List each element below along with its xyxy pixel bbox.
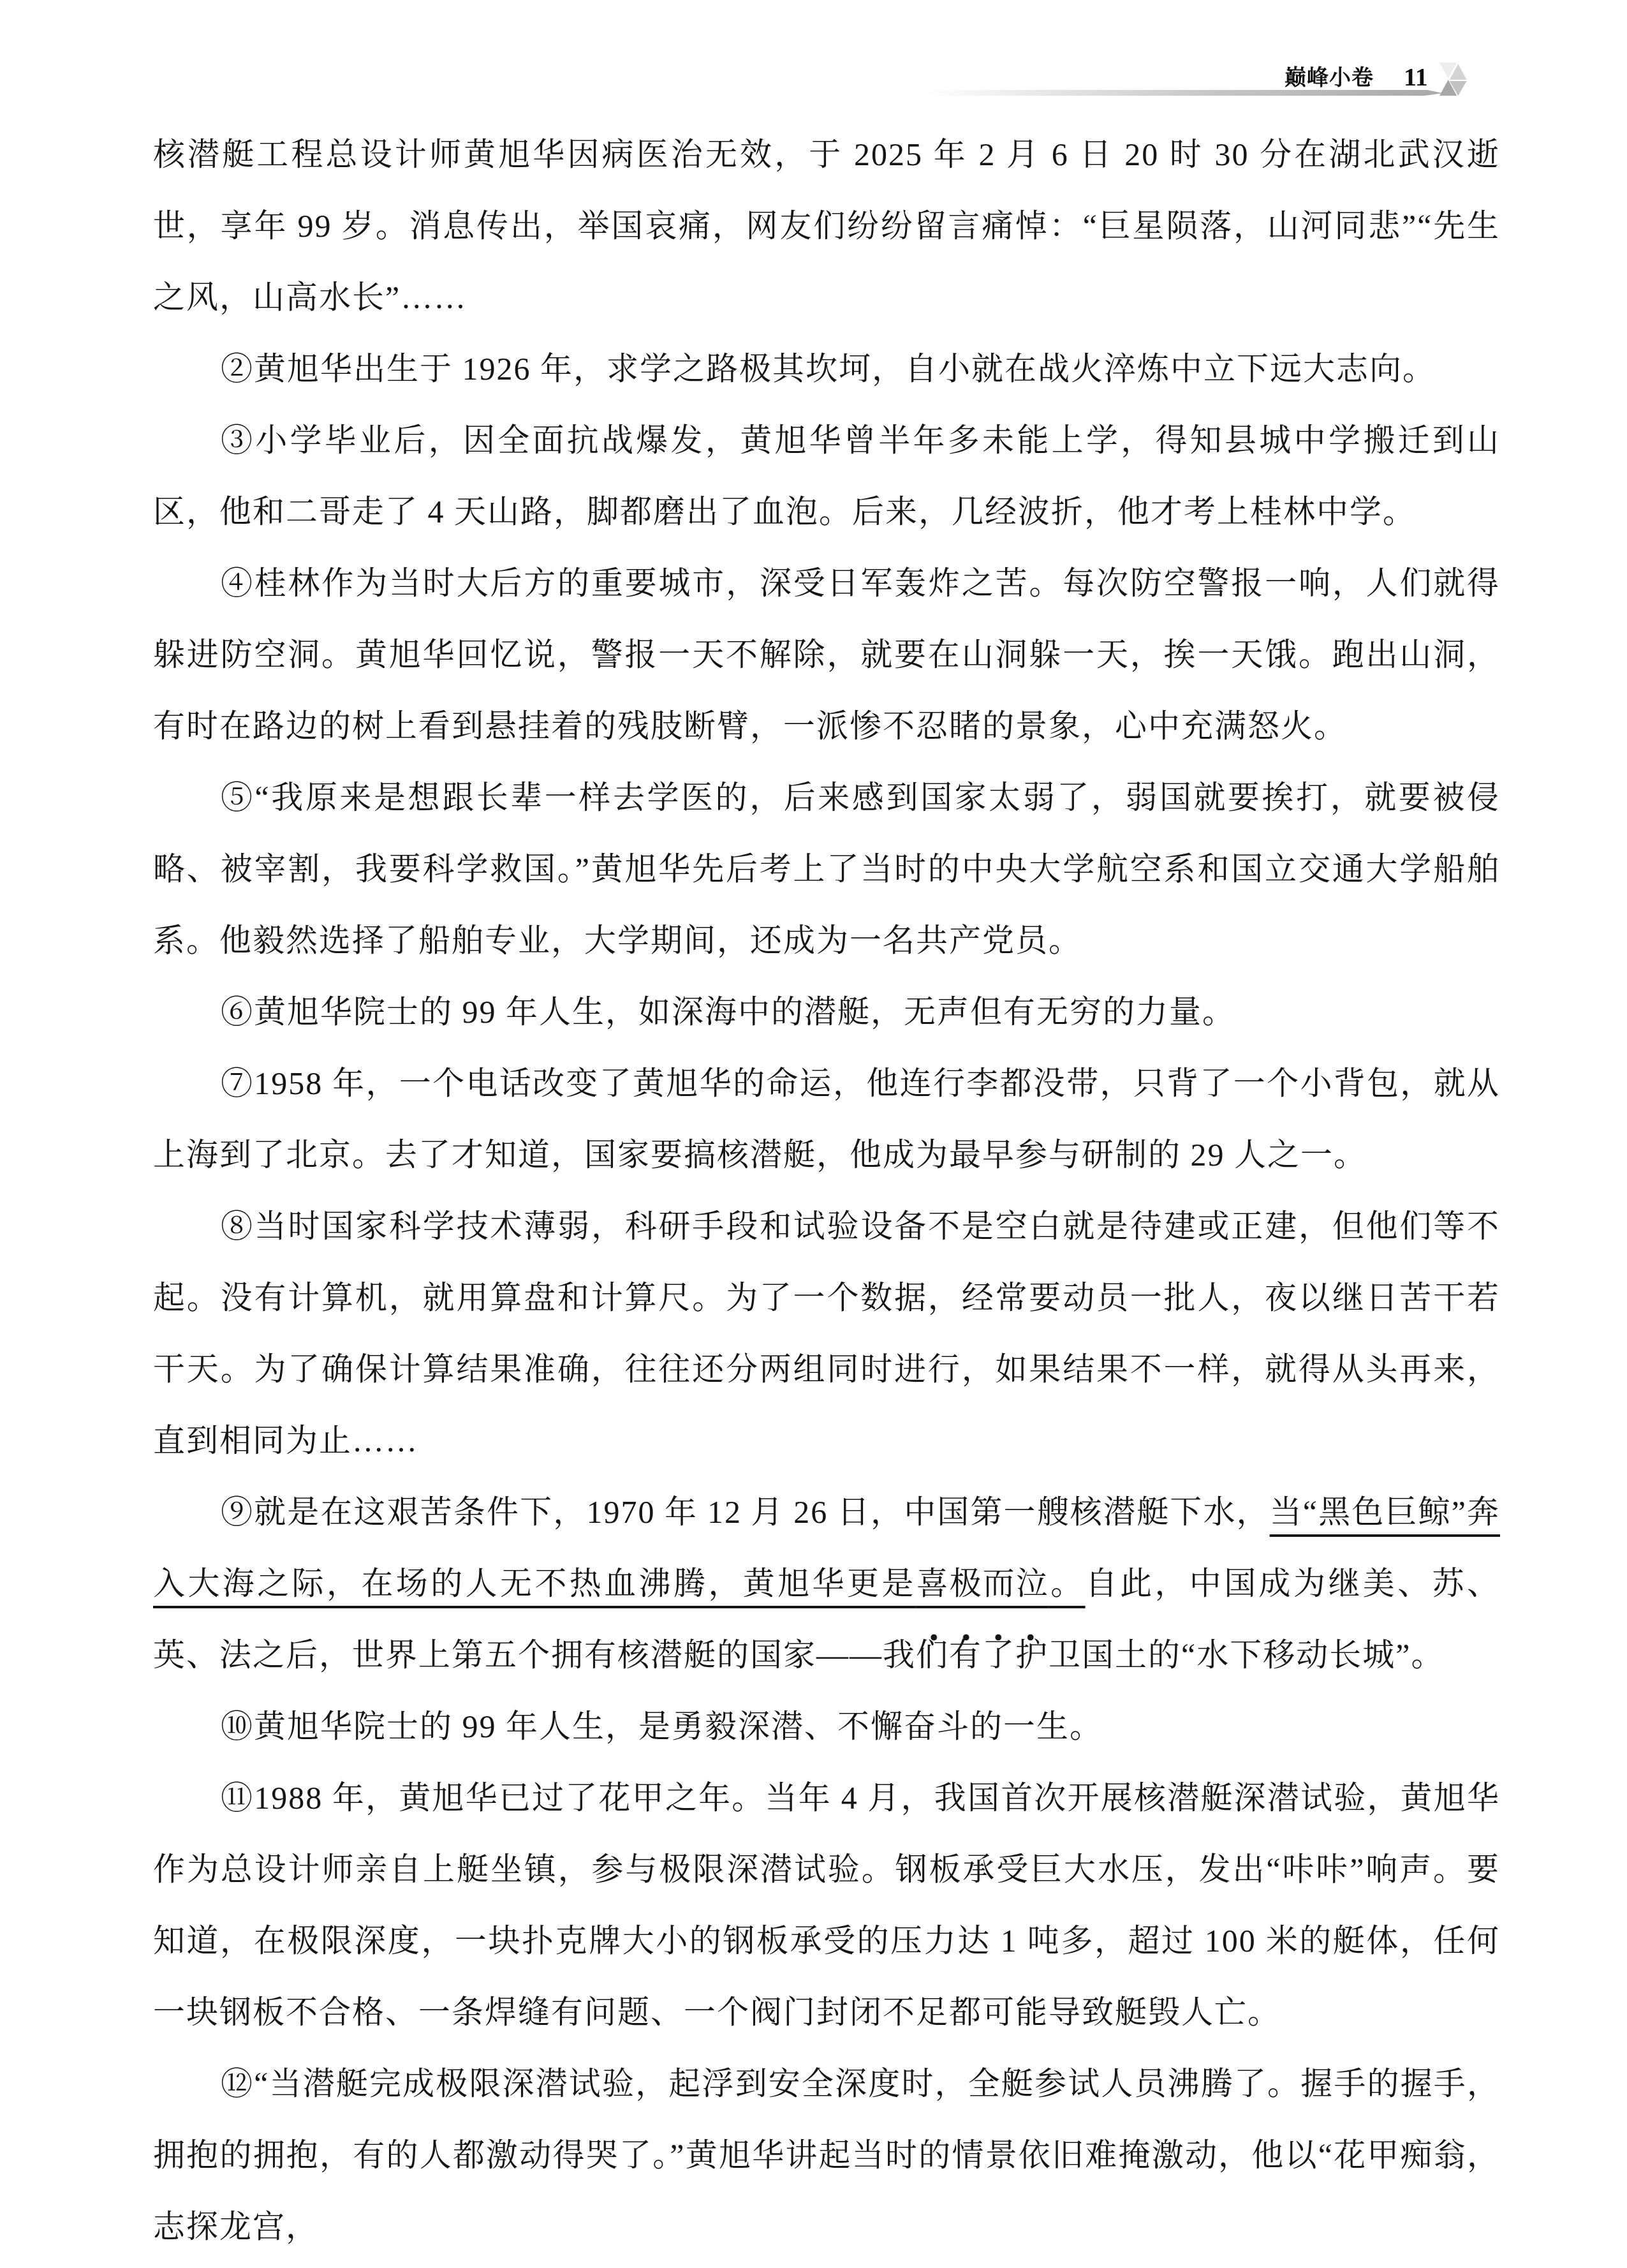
- paragraph: ⑥黄旭华院士的 99 年人生，如深海中的潜艇，无声但有无穷的力量。: [153, 976, 1500, 1048]
- paragraph: ⑪1988 年，黄旭华已过了花甲之年。当年 4 月，我国首次开展核潜艇深潜试验，…: [153, 1762, 1500, 2048]
- text-segment: ⑤“我原来是想跟长辈一样去学医的，后来感到国家太弱了，弱国就要挨打，就要被侵略、…: [153, 780, 1500, 958]
- text-segment: ③小学毕业后，因全面抗战爆发，黄旭华曾半年多未能上学，得知县城中学搬迁到山区，他…: [153, 422, 1500, 530]
- booklet-title: 巅峰小卷: [1285, 67, 1374, 89]
- text-segment: 核潜艇工程总设计师黄旭华因病医治无效，于 2025 年 2 月 6 日 20 时…: [153, 137, 1500, 315]
- page-number: 11: [1404, 64, 1428, 90]
- paragraph: ⑩黄旭华院士的 99 年人生，是勇毅深潜、不懈奋斗的一生。: [153, 1691, 1500, 1762]
- text-segment: ⑪1988 年，黄旭华已过了花甲之年。当年 4 月，我国首次开展核潜艇深潜试验，…: [153, 1780, 1500, 2030]
- header-divider-rule: [925, 90, 1443, 96]
- paragraph: ⑦1958 年，一个电话改变了黄旭华的命运，他连行李都没带，只背了一个小背包，就…: [153, 1048, 1500, 1190]
- text-segment: ④桂林作为当时大后方的重要城市，深受日军轰炸之苦。每次防空警报一响，人们就得躲进…: [153, 565, 1500, 744]
- text-segment: ②黄旭华出生于 1926 年，求学之路极其坎坷，自小就在战火淬炼中立下远大志向。: [221, 351, 1436, 387]
- text-segment: ⑦1958 年，一个电话改变了黄旭华的命运，他连行李都没带，只背了一个小背包，就…: [153, 1065, 1500, 1173]
- text-segment: ⑩黄旭华院士的 99 年人生，是勇毅深潜、不懈奋斗的一生。: [221, 1708, 1103, 1744]
- document-page: 巅峰小卷 11 核潜艇工程总设计师黄旭华因病医治无效，于 2025 年 2 月 …: [0, 0, 1627, 2268]
- text-segment: ⑨就是在这艰苦条件下，1970 年 12 月 26 日，中国第一艘核潜艇下水，: [221, 1494, 1270, 1530]
- paragraph: ③小学毕业后，因全面抗战爆发，黄旭华曾半年多未能上学，得知县城中学搬迁到山区，他…: [153, 404, 1500, 547]
- paragraph: ⑤“我原来是想跟长辈一样去学医的，后来感到国家太弱了，弱国就要挨打，就要被侵略、…: [153, 762, 1500, 976]
- paragraph: ⑧当时国家科学技术薄弱，科研手段和试验设备不是空白就是待建或正建，但他们等不起。…: [153, 1190, 1500, 1476]
- emphasis-dotted-text: 喜极而泣: [917, 1548, 1049, 1619]
- paragraph: 核潜艇工程总设计师黄旭华因病医治无效，于 2025 年 2 月 6 日 20 时…: [153, 119, 1500, 333]
- paragraph: ②黄旭华出生于 1926 年，求学之路极其坎坷，自小就在战火淬炼中立下远大志向。: [153, 333, 1500, 404]
- text-segment: ⑫“当潜艇完成极限深潜试验，起浮到安全深度时，全艇参试人员沸腾了。握手的握手，拥…: [153, 2066, 1500, 2244]
- paragraph: ⑨就是在这艰苦条件下，1970 年 12 月 26 日，中国第一艘核潜艇下水，当…: [153, 1476, 1500, 1691]
- triangle-cluster-icon: [1438, 61, 1472, 97]
- article-body: 核潜艇工程总设计师黄旭华因病医治无效，于 2025 年 2 月 6 日 20 时…: [153, 119, 1500, 2262]
- paragraph: ④桂林作为当时大后方的重要城市，深受日军轰炸之苦。每次防空警报一响，人们就得躲进…: [153, 547, 1500, 762]
- underlined-text: 。: [1049, 1566, 1086, 1601]
- text-segment: ⑧当时国家科学技术薄弱，科研手段和试验设备不是空白就是待建或正建，但他们等不起。…: [153, 1208, 1500, 1458]
- text-segment: ⑥黄旭华院士的 99 年人生，如深海中的潜艇，无声但有无穷的力量。: [221, 994, 1235, 1030]
- paragraph: ⑫“当潜艇完成极限深潜试验，起浮到安全深度时，全艇参试人员沸腾了。握手的握手，拥…: [153, 2048, 1500, 2262]
